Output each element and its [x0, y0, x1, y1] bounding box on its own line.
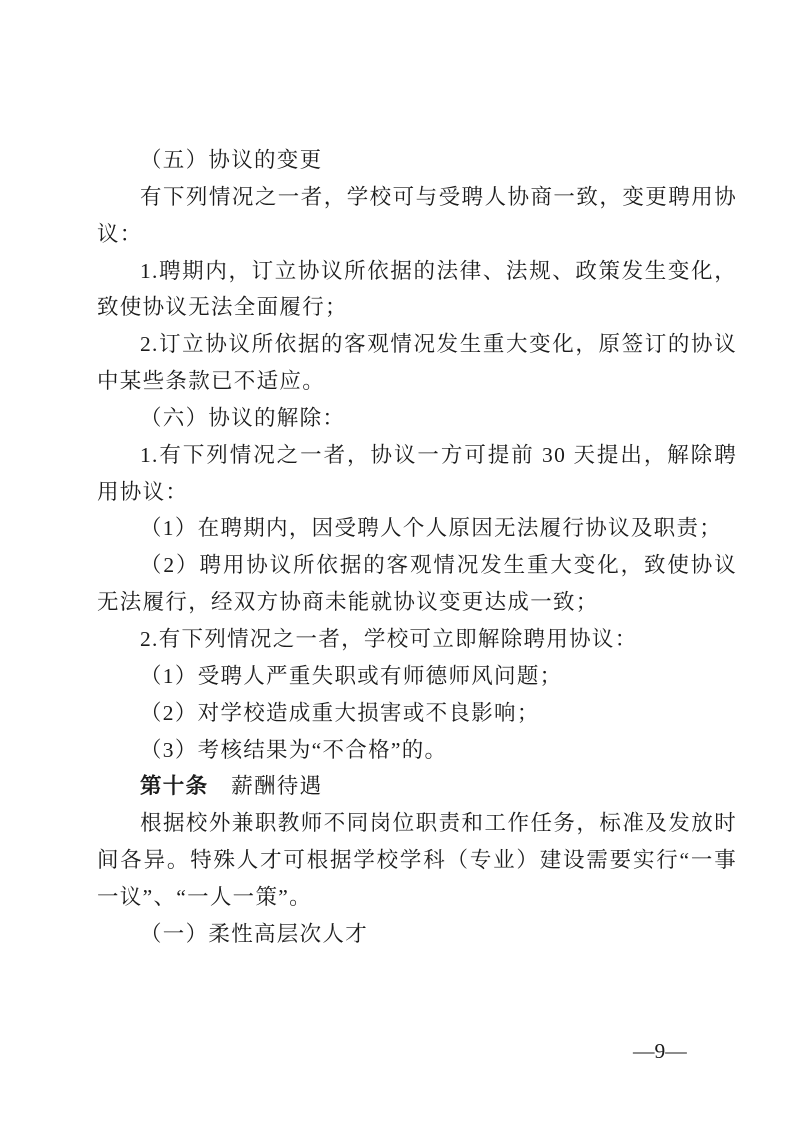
article-heading: 第十条 薪酬待遇	[97, 768, 737, 805]
paragraph: （1）在聘期内，因受聘人个人原因无法履行协议及职责；	[97, 510, 737, 547]
paragraph: （3）考核结果为“不合格”的。	[97, 732, 737, 769]
paragraph: （2）聘用协议所依据的客观情况发生重大变化，致使协议无法履行，经双方协商未能就协…	[97, 547, 737, 621]
document-viewport: { "document": { "paragraphs": [ { "text"…	[0, 0, 794, 1122]
paragraph: 1.有下列情况之一者，协议一方可提前 30 天提出，解除聘用协议：	[97, 437, 737, 511]
paragraph: 2.有下列情况之一者，学校可立即解除聘用协议：	[97, 621, 737, 658]
paragraph: （六）协议的解除：	[97, 400, 737, 437]
article-number: 第十条	[140, 774, 208, 798]
document-page: （五）协议的变更有下列情况之一者，学校可与受聘人协商一致，变更聘用协议：1.聘期…	[0, 0, 794, 1122]
paragraph: 2.订立协议所依据的客观情况发生重大变化，原签订的协议中某些条款已不适应。	[97, 326, 737, 400]
page-number: —9—	[633, 1039, 687, 1063]
paragraph: （一）柔性高层次人才	[97, 916, 737, 953]
paragraph: 1.聘期内，订立协议所依据的法律、法规、政策发生变化，致使协议无法全面履行；	[97, 253, 737, 327]
document-body: （五）协议的变更有下列情况之一者，学校可与受聘人协商一致，变更聘用协议：1.聘期…	[97, 142, 737, 953]
paragraph: （1）受聘人严重失职或有师德师风问题；	[97, 658, 737, 695]
paragraph: （2）对学校造成重大损害或不良影响；	[97, 695, 737, 732]
paragraph: 有下列情况之一者，学校可与受聘人协商一致，变更聘用协议：	[97, 179, 737, 253]
paragraph: （五）协议的变更	[97, 142, 737, 179]
paragraph: 根据校外兼职教师不同岗位职责和工作任务，标准及发放时间各异。特殊人才可根据学校学…	[97, 805, 737, 916]
